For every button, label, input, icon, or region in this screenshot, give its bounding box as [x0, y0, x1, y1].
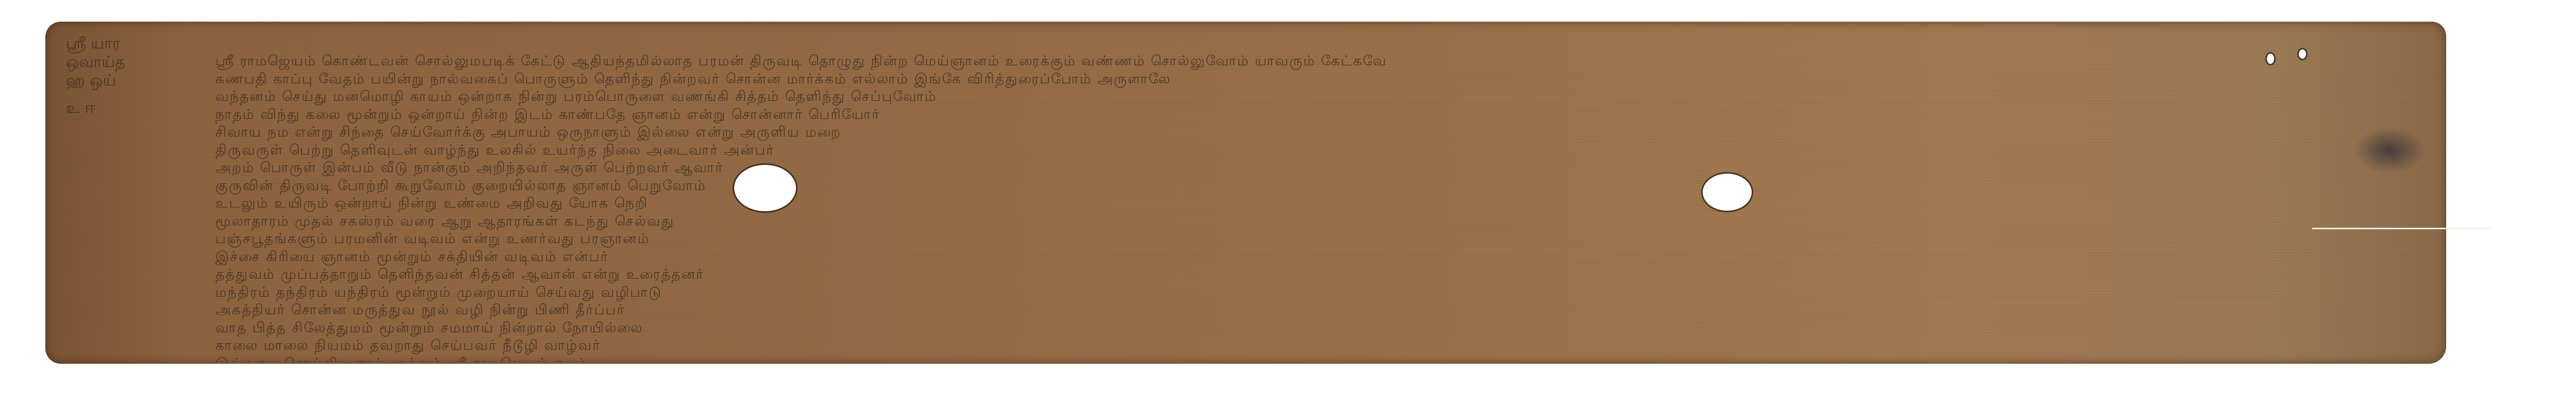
palm-leaf: ஸ்ரீ யார ஒவாய்த ஹ ஒய் உ ஈ ஸ்ரீ ராமஜெயம் …	[45, 22, 2446, 364]
manuscript-text: ஸ்ரீ ராமஜெயம் கொண்டவன் சொல்லுமபடிக் கேட்…	[215, 53, 2379, 362]
text-line: அகத்தியர் சொன்ன மருத்துவ நூல் வழி நின்று…	[215, 301, 2379, 319]
text-line: ஸ்ரீ ராமஜெயம் கொண்டவன் சொல்லுமபடிக் கேட்…	[215, 53, 2379, 71]
text-line: மூலாதாரம் முதல் சகஸ்ரம் வரை ஆறு ஆதாரங்கள…	[215, 213, 2379, 231]
margin-note-line: ஒவாய்த	[66, 53, 125, 72]
binding-hole-left	[734, 165, 796, 211]
text-line: இச்சை கிரியை ஞானம் மூன்றும் சக்தியின் வட…	[215, 248, 2379, 266]
text-line: உடலும் உயிரும் ஒன்றாய் நின்று உண்மை அறிவ…	[215, 195, 2379, 213]
text-line: காலை மாலை நியமம் தவறாது செய்பவர் நீடூழி …	[215, 337, 2379, 355]
text-line: மந்திரம் தந்திரம் யந்திரம் மூன்றும் முறை…	[215, 284, 2379, 302]
ink-stain	[2353, 127, 2426, 174]
text-line: தத்துவம் முப்பத்தாறும் தெளிந்தவன் சித்தன…	[215, 266, 2379, 284]
binding-hole-right	[1703, 174, 1752, 211]
margin-note-line: ஹ ஒய்	[66, 72, 125, 90]
text-line: சிவாய நம என்று சிந்தை செய்வோர்க்கு அபாயம…	[215, 124, 2379, 142]
text-line: பஞ்சபூதங்களும் பரமனின் வடிவம் என்று உணர்…	[215, 230, 2379, 248]
leaf-crack	[2312, 228, 2490, 229]
text-line: வந்தனம் செய்து மனமொழி காயம் ஒன்றாக நின்ற…	[215, 88, 2379, 106]
pinhole	[2267, 54, 2274, 64]
text-line: அறம் பொருள் இன்பம் வீடு நான்கும் அறிந்தவ…	[215, 159, 2379, 177]
text-line: குருவின் திருவடி போற்றி கூறுவோம் குறையில…	[215, 177, 2379, 195]
pinhole	[2299, 49, 2306, 59]
text-line: திருவருள் பெற்று தெளிவுடன் வாழ்ந்து உலகி…	[215, 142, 2379, 160]
margin-note-middle-left: உ ஈ	[66, 99, 96, 117]
margin-note-top-left: ஸ்ரீ யார ஒவாய்த ஹ ஒய்	[66, 35, 125, 90]
margin-note-line: ஸ்ரீ யார	[66, 35, 125, 53]
text-line: இவ்வாறு சொல்லிய நூல் முற்றும் ஸ்ரீ ராமஜெ…	[215, 355, 2379, 362]
text-line: நாதம் விந்து கலை மூன்றும் ஒன்றாய் நின்ற …	[215, 106, 2379, 124]
text-line: கணபதி காப்பு வேதம் பயின்று நால்வகைப் பொர…	[215, 71, 2379, 89]
text-line: வாத பித்த சிலேத்துமம் மூன்றும் சமமாய் நி…	[215, 319, 2379, 337]
